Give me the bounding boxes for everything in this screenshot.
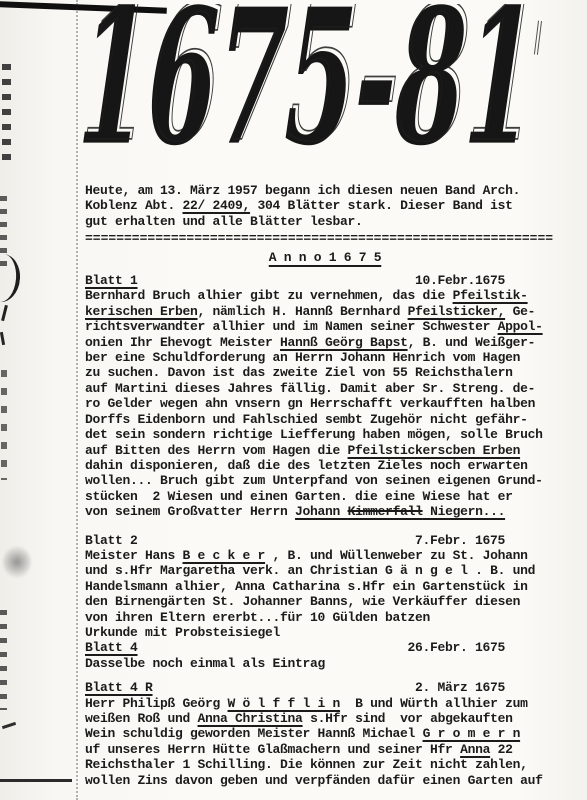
text-segment: Heute, am 13. März 1957 begann ich diese… xyxy=(85,183,520,198)
text-segment: von seinem Großvatter Herrn xyxy=(85,504,295,519)
text-segment: Wein schuldig geworden Meister Hannß Mic… xyxy=(85,726,423,741)
text-segment: det sein sondern richtige Liefferung hab… xyxy=(85,427,543,442)
underlined-text: G r o m e r n xyxy=(423,726,521,741)
entry-header: Blatt 4 R2. März 1675 xyxy=(85,680,565,695)
text-line: wollen... Bruch gibt zum Unterpfand von … xyxy=(85,473,565,488)
text-segment: richtsverwandter allhier und im Namen se… xyxy=(85,319,498,334)
entry-header: Blatt 110.Febr.1675 xyxy=(85,273,565,288)
text-segment: Dasselbe noch einmal als Eintrag xyxy=(85,656,325,671)
entry-blatt-1: Blatt 110.Febr.1675Bernhard Bruch alhier… xyxy=(85,273,565,520)
text-line: von seinem Großvatter Herrn Johann Kimme… xyxy=(85,504,565,519)
text-segment: Dorffs Eidenborn und Fahlschied sembt Zu… xyxy=(85,412,528,427)
text-segment: Urkunde mit Probsteisiegel xyxy=(85,625,280,640)
text-segment: gut erhalten und alle Blätter lesbar. xyxy=(85,214,363,229)
text-segment: 22 xyxy=(490,742,513,757)
entries: Blatt 110.Febr.1675Bernhard Bruch alhier… xyxy=(85,273,565,788)
text-line: zu suchen. Davon ist das zweite Ziel von… xyxy=(85,365,565,380)
underlined-text: 22/ 2409, xyxy=(183,198,251,213)
text-line: Dorffs Eidenborn und Fahlschied sembt Zu… xyxy=(85,412,565,427)
entry-date: 26.Febr. 1675 xyxy=(407,640,505,655)
text-segment: B und Würth allhier zum xyxy=(340,696,528,711)
text-line: gut erhalten und alle Blätter lesbar. xyxy=(85,214,565,229)
text-line: dahin disponieren, daß die des letzten Z… xyxy=(85,458,565,473)
blatt-label: Blatt 2 xyxy=(85,533,138,548)
blatt-label: Blatt 1 xyxy=(85,273,138,288)
text-line: Handelsmann alhier, Anna Catharina s.Hfr… xyxy=(85,579,565,594)
text-line: Herr Philipß Geörg W ö l f f l i n B und… xyxy=(85,696,565,711)
text-line: uf unseres Herrn Hütte Glaßmachern und s… xyxy=(85,742,565,757)
text-segment: Koblenz Abt. xyxy=(85,198,183,213)
text-line: wollen Zins davon geben und verpfänden d… xyxy=(85,773,565,788)
text-segment: onien Ihr Ehevogt Meister xyxy=(85,335,280,350)
text-line: Dasselbe noch einmal als Eintrag xyxy=(85,656,565,671)
underlined-text: Pfeilsticker, xyxy=(408,304,506,319)
text-segment: Reichsthaler 1 Schilling. Die können zur… xyxy=(85,757,528,772)
underlined-text: Anna xyxy=(460,742,490,757)
divider-line: ========================================… xyxy=(85,231,565,246)
entry-header: Blatt 426.Febr. 1675 xyxy=(85,640,565,655)
blatt-label: Blatt 4 R xyxy=(85,680,153,695)
text-segment: ber eine Schuldforderung an Herrn Johann… xyxy=(85,350,520,365)
underlined-text: Pfeilstik- xyxy=(453,288,528,303)
text-segment: von ihren Eltern ererbt...für 10 Gülden … xyxy=(85,610,430,625)
text-line: onien Ihr Ehevogt Meister Hannß Geörg Ba… xyxy=(85,335,565,350)
text-line: Bernhard Bruch alhier gibt zu vernehmen,… xyxy=(85,288,565,303)
text-segment: und s.Hfr Margaretha verk. an Christian … xyxy=(85,563,535,578)
text-segment: , nämlich H. Hannß Bernhard xyxy=(198,304,408,319)
text-segment: , B. und Weißger- xyxy=(408,335,536,350)
text-line: ber eine Schuldforderung an Herrn Johann… xyxy=(85,350,565,365)
text-line: von ihren Eltern ererbt...für 10 Gülden … xyxy=(85,610,565,625)
text-segment: Handelsmann alhier, Anna Catharina s.Hfr… xyxy=(85,579,528,594)
text-segment: den Birnengärten St. Johanner Banns, wie… xyxy=(85,594,520,609)
text-line: kerischen Erben, nämlich H. Hannß Bernha… xyxy=(85,304,565,319)
document-page: 1675-81 1675-81 Heute, am 13. März 1957 … xyxy=(0,0,587,800)
text-segment: weißen Roß und xyxy=(85,711,198,726)
scan-artifact-smudge xyxy=(3,546,31,578)
text-segment: zu suchen. Davon ist das zweite Ziel von… xyxy=(85,365,513,380)
text-line: auf Bitten des Herrn vom Hagen die Pfeil… xyxy=(85,443,565,458)
text-line: ro Gelder wegen ahn vnsern gn Herrschaff… xyxy=(85,396,565,411)
anno-heading: A n n o 1 6 7 5 xyxy=(85,250,565,265)
underlined-text: Niegern... xyxy=(423,504,506,519)
text-line: Koblenz Abt. 22/ 2409, 304 Blätter stark… xyxy=(85,198,565,213)
anno-heading-text: A n n o 1 6 7 5 xyxy=(269,250,382,265)
intro-paragraph: Heute, am 13. März 1957 begann ich diese… xyxy=(85,183,565,229)
text-segment: Ge- xyxy=(505,304,535,319)
entry-blatt-4: Blatt 426.Febr. 1675Dasselbe noch einmal… xyxy=(85,640,565,671)
text-line: det sein sondern richtige Liefferung hab… xyxy=(85,427,565,442)
text-segment: auf Martini dieses Jahres fällig. Damit … xyxy=(85,381,535,396)
scan-artifact-dashes-4 xyxy=(0,610,7,710)
scan-artifact-curve xyxy=(0,253,22,304)
entry-blatt-2: Blatt 27.Febr. 1675Meister Hans B e c k … xyxy=(85,533,565,641)
underlined-text: kerischen Erben xyxy=(85,304,198,319)
text-line: stücken 2 Wiesen und einen Garten. die e… xyxy=(85,489,565,504)
text-segment: Meister Hans xyxy=(85,548,183,563)
scan-artifact-tick-3 xyxy=(2,722,16,729)
scan-artifact-tick-1 xyxy=(1,305,8,321)
text-segment: , B. und Wüllenweber zu St. Johann xyxy=(265,548,528,563)
text-segment: Bernhard Bruch alhier gibt zu vernehmen,… xyxy=(85,288,453,303)
scan-artifact-dashes-3 xyxy=(1,370,7,480)
text-segment: Herr Philipß Geörg xyxy=(85,696,228,711)
text-line: richtsverwandter allhier und im Namen se… xyxy=(85,319,565,334)
text-line: Reichsthaler 1 Schilling. Die können zur… xyxy=(85,757,565,772)
text-segment: uf unseres Herrn Hütte Glaßmachern und s… xyxy=(85,742,460,757)
scan-artifact-tick-2 xyxy=(0,332,5,345)
text-segment: dahin disponieren, daß die des letzten Z… xyxy=(85,458,528,473)
text-line: den Birnengärten St. Johanner Banns, wie… xyxy=(85,594,565,609)
underlined-text: Appol- xyxy=(498,319,543,334)
text-segment: s.Hfr sind vor abgekauften xyxy=(303,711,513,726)
text-segment: 304 Blätter stark. Dieser Band ist xyxy=(250,198,513,213)
text-line: Wein schuldig geworden Meister Hannß Mic… xyxy=(85,726,565,741)
entry-date: 10.Febr.1675 xyxy=(415,273,505,288)
scan-artifact-dashes-1 xyxy=(2,64,11,166)
underlined-text: W ö l f f l i n xyxy=(228,696,341,711)
underlined-text: Johann xyxy=(295,504,348,519)
text-line: Meister Hans B e c k e r , B. und Wüllen… xyxy=(85,548,565,563)
underlined-text: Hannß Geörg Bapst xyxy=(280,335,408,350)
text-line: Heute, am 13. März 1957 begann ich diese… xyxy=(85,183,565,198)
underlined-text: Anna Christina xyxy=(198,711,303,726)
underlined-text: Kimmerfall xyxy=(348,504,423,519)
underlined-text: Pfeilstickerscben Erben xyxy=(348,443,521,458)
entry-date: 2. März 1675 xyxy=(415,680,505,695)
text-segment: auf Bitten des Herrn vom Hagen die xyxy=(85,443,348,458)
text-segment: wollen Zins davon geben und verpfänden d… xyxy=(85,773,543,788)
scan-artifact-bottom-line xyxy=(0,779,72,782)
text-segment: wollen... Bruch gibt zum Unterpfand von … xyxy=(85,473,543,488)
underlined-text: B e c k e r xyxy=(183,548,266,563)
text-line: Urkunde mit Probsteisiegel xyxy=(85,625,565,640)
text-segment: stücken 2 Wiesen und einen Garten. die e… xyxy=(85,489,513,504)
handwritten-title-stroke: 1675-81 xyxy=(78,4,542,180)
entry-header: Blatt 27.Febr. 1675 xyxy=(85,533,565,548)
text-line: und s.Hfr Margaretha verk. an Christian … xyxy=(85,563,565,578)
text-segment: ro Gelder wegen ahn vnsern gn Herrschaff… xyxy=(85,396,535,411)
entry-date: 7.Febr. 1675 xyxy=(415,533,505,548)
text-line: weißen Roß und Anna Christina s.Hfr sind… xyxy=(85,711,565,726)
blatt-label: Blatt 4 xyxy=(85,640,138,655)
entry-blatt-4r: Blatt 4 R2. März 1675Herr Philipß Geörg … xyxy=(85,680,565,788)
text-line: auf Martini dieses Jahres fällig. Damit … xyxy=(85,381,565,396)
handwritten-title: 1675-81 1675-81 xyxy=(42,4,562,180)
text-column: Heute, am 13. März 1957 begann ich diese… xyxy=(85,183,565,788)
